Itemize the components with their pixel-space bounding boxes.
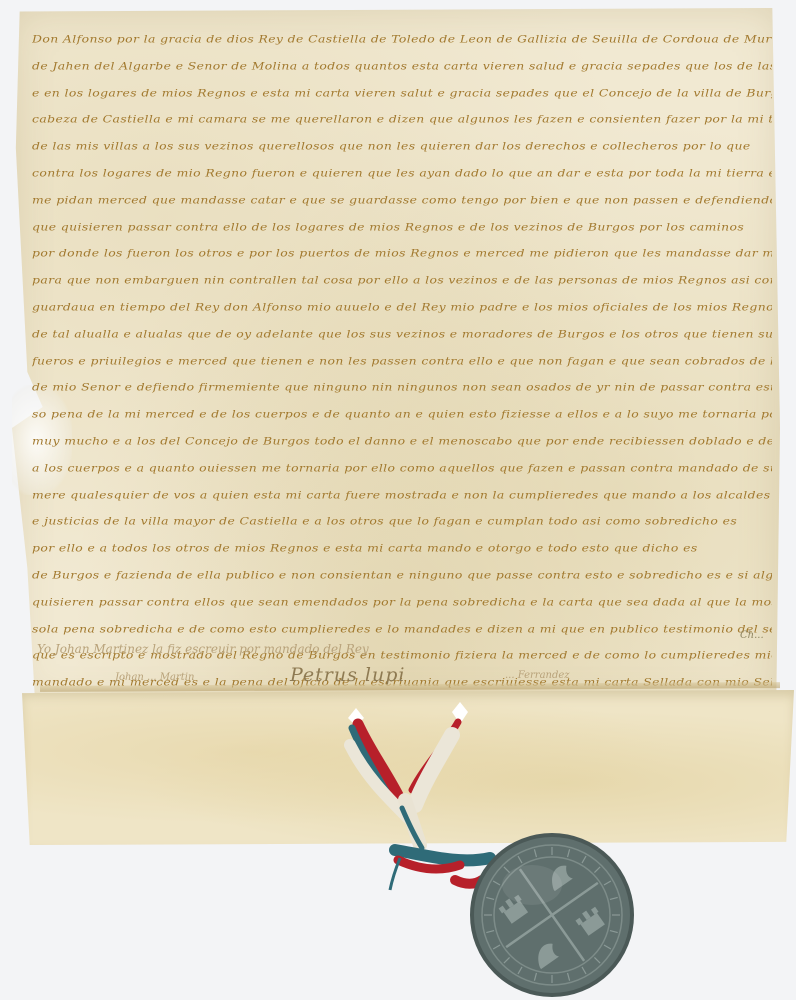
cord-braid-blue [395,850,490,860]
charter-text-line: quisieren passar contra ellos que sean e… [32,591,772,614]
subscription-line-1: Yo Johan Martinez la fiz escreuir por ma… [37,642,369,656]
charter-text-line: fueros e priuilegios e merced que tienen… [32,350,772,373]
charter-text: Don Alfonso por la gracia de dios Rey de… [32,26,772,723]
charter-text-line: para que non embarguen nin contrallen ta… [32,269,772,292]
charter-text-line: de las mis villas a los sus vezinos quer… [32,135,772,158]
pendant-seal-assembly [330,690,650,1000]
charter-text-line: guardaua en tiempo del Rey don Alfonso m… [32,296,772,319]
charter-text-line: de tal alualla e alualas que de oy adela… [32,323,772,346]
charter-text-line: e en los logares de mios Regnos e esta m… [32,82,772,105]
charter-text-line: mere qualesquier de vos a quien esta mi … [32,484,772,507]
scribe-mark-left: Johan ... Martin [115,672,194,683]
charter-text-line: de Burgos e fazienda de ella publico e n… [32,564,772,587]
charter-text-line: muy mucho e a los del Concejo de Burgos … [32,430,772,453]
charter-text-line: contra los logares de mio Regno fueron e… [32,162,772,185]
lead-seal [472,835,632,995]
margin-note: Ch... [740,630,764,641]
charter-text-line: por donde los fueron los otros e por los… [32,242,772,265]
charter-text-line: de Jahen del Algarbe e Senor de Molina a… [32,55,772,78]
charter-text-line: cabeza de Castiella e mi camara se me qu… [32,108,772,131]
signature-petrus-lupi: Petrus lupi [290,664,405,686]
charter-text-line: por ello e a todos los otros de mios Reg… [32,537,772,560]
charter-text-line: e justicias de la villa mayor de Castiel… [32,510,772,533]
scribe-mark-right: ... Ferrandez [505,670,570,681]
charter-text-line: so pena de la mi merced e de los cuerpos… [32,403,772,426]
charter-text-line: que quisieren passar contra ello de los … [32,216,772,239]
charter-text-line: Don Alfonso por la gracia de dios Rey de… [32,28,772,51]
charter-text-line: a los cuerpos e a quanto ouiessen me tor… [32,457,772,480]
charter-text-line: me pidan merced que mandasse catar e que… [32,189,772,212]
charter-text-line: de mio Senor e defiendo firmemiente que … [32,376,772,399]
